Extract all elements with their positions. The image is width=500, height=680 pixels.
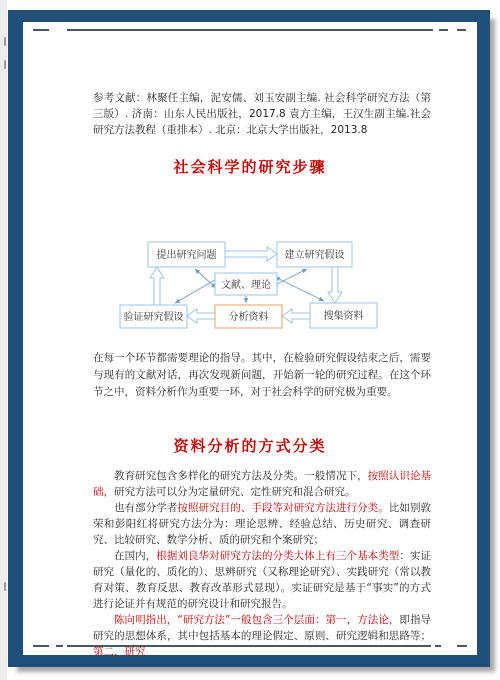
node-verify-hypothesis-label: 验证研究假设 <box>124 310 184 323</box>
body-text: 也有部分学者 <box>114 502 177 514</box>
body-text: 研究方法可以分为定量研究、定性研究和混合研究。 <box>114 486 356 498</box>
flow-arrow-collect-to-analyze <box>282 309 310 323</box>
connector-theory-build <box>273 269 307 286</box>
node-build-hypothesis-label: 建立研究假设 <box>285 248 345 261</box>
highlighted-text: 按照研究目的、手段等对研究方法进行分类。 <box>177 502 388 514</box>
body-paragraph: 也有部分学者按照研究目的、手段等对研究方法进行分类。比如别敦荣和彭阳红将研究方法… <box>93 500 431 548</box>
highlighted-text: 根据刘良华对研究方法的分类大体上有三个基本类型 <box>156 550 399 562</box>
flow-arrow-analyze-to-verify <box>187 309 215 323</box>
scan-artifact-tick <box>4 37 6 46</box>
reference-citation: 参考文献：林聚任主编，泥安儒、刘玉安副主编. 社会科学研究方法（第三版）. 济南… <box>93 90 431 138</box>
connector-theory-collect <box>275 277 324 301</box>
body-text: 在国内， <box>114 550 156 562</box>
scan-artifact-tick <box>4 582 6 591</box>
body-paragraph: 教育研究包含多样化的研究方法及分类。一般情况下，按照认识论基础，研究方法可以分为… <box>93 468 431 500</box>
connector-theory-verify <box>175 277 220 303</box>
flow-arrow-raise-to-build <box>225 247 277 261</box>
body-text: 教育研究包含多样化的研究方法及分类。一般情况下， <box>114 470 368 482</box>
body-paragraphs: 教育研究包含多样化的研究方法及分类。一般情况下，按照认识论基础，研究方法可以分为… <box>93 468 431 660</box>
node-analyze-data-label: 分析资料 <box>229 310 269 323</box>
node-collect-data-label: 搜集资料 <box>324 309 364 322</box>
page-ornament-line-bottom <box>457 645 467 647</box>
page-ornament-line-top <box>439 29 448 31</box>
highlighted-text: 陈向明指出，“研究方法”一般包含三个层面：第一，方法论， <box>114 614 399 626</box>
scanned-document: 参考文献：林聚任主编，泥安儒、刘玉安副主编. 社会科学研究方法（第三版）. 济南… <box>0 0 500 680</box>
page-border-frame: 参考文献：林聚任主编，泥安儒、刘玉安副主编. 社会科学研究方法（第三版）. 济南… <box>8 10 490 667</box>
body-paragraph: 在国内，根据刘良华对研究方法的分类大体上有三个基本类型：实证研究（量化的、质化的… <box>93 548 431 612</box>
scan-margin-strip <box>0 0 7 680</box>
research-flow-diagram: 提出研究问题 建立研究假设 文献、理论 验证研究假设 分析资料 搜集资料 <box>23 234 477 364</box>
node-raise-question-label: 提出研究问题 <box>157 248 217 261</box>
document-page: 参考文献：林聚任主编，泥安儒、刘玉安副主编. 社会科学研究方法（第三版）. 济南… <box>23 22 477 655</box>
heading-research-steps: 社会科学的研究步骤 <box>23 156 477 177</box>
paragraph-research-cycle-note: 在每一个环节都需要理论的指导。其中，在检验研究假设结束之后，需要与现有的文献对话… <box>93 350 431 401</box>
page-ornament-line-top <box>33 29 49 31</box>
page-ornament-line-top <box>67 29 433 31</box>
heading-analysis-classification: 资料分析的方式分类 <box>23 435 477 456</box>
page-ornament-line-top <box>457 29 466 31</box>
page-ornament-line-bottom <box>56 645 63 647</box>
flow-arrow-build-to-collect <box>328 267 342 303</box>
body-paragraph: 陈向明指出，“研究方法”一般包含三个层面：第一，方法论，即指导研究的思想体系，其… <box>93 612 431 660</box>
page-ornament-line-bottom <box>435 645 441 647</box>
flow-arrow-verify-to-raise <box>150 267 164 305</box>
highlighted-text: 第二，研究 <box>93 646 146 658</box>
node-literature-theory-label: 文献、理论 <box>221 278 271 291</box>
scan-artifact-tick <box>4 60 6 69</box>
page-ornament-line-bottom <box>33 645 49 647</box>
